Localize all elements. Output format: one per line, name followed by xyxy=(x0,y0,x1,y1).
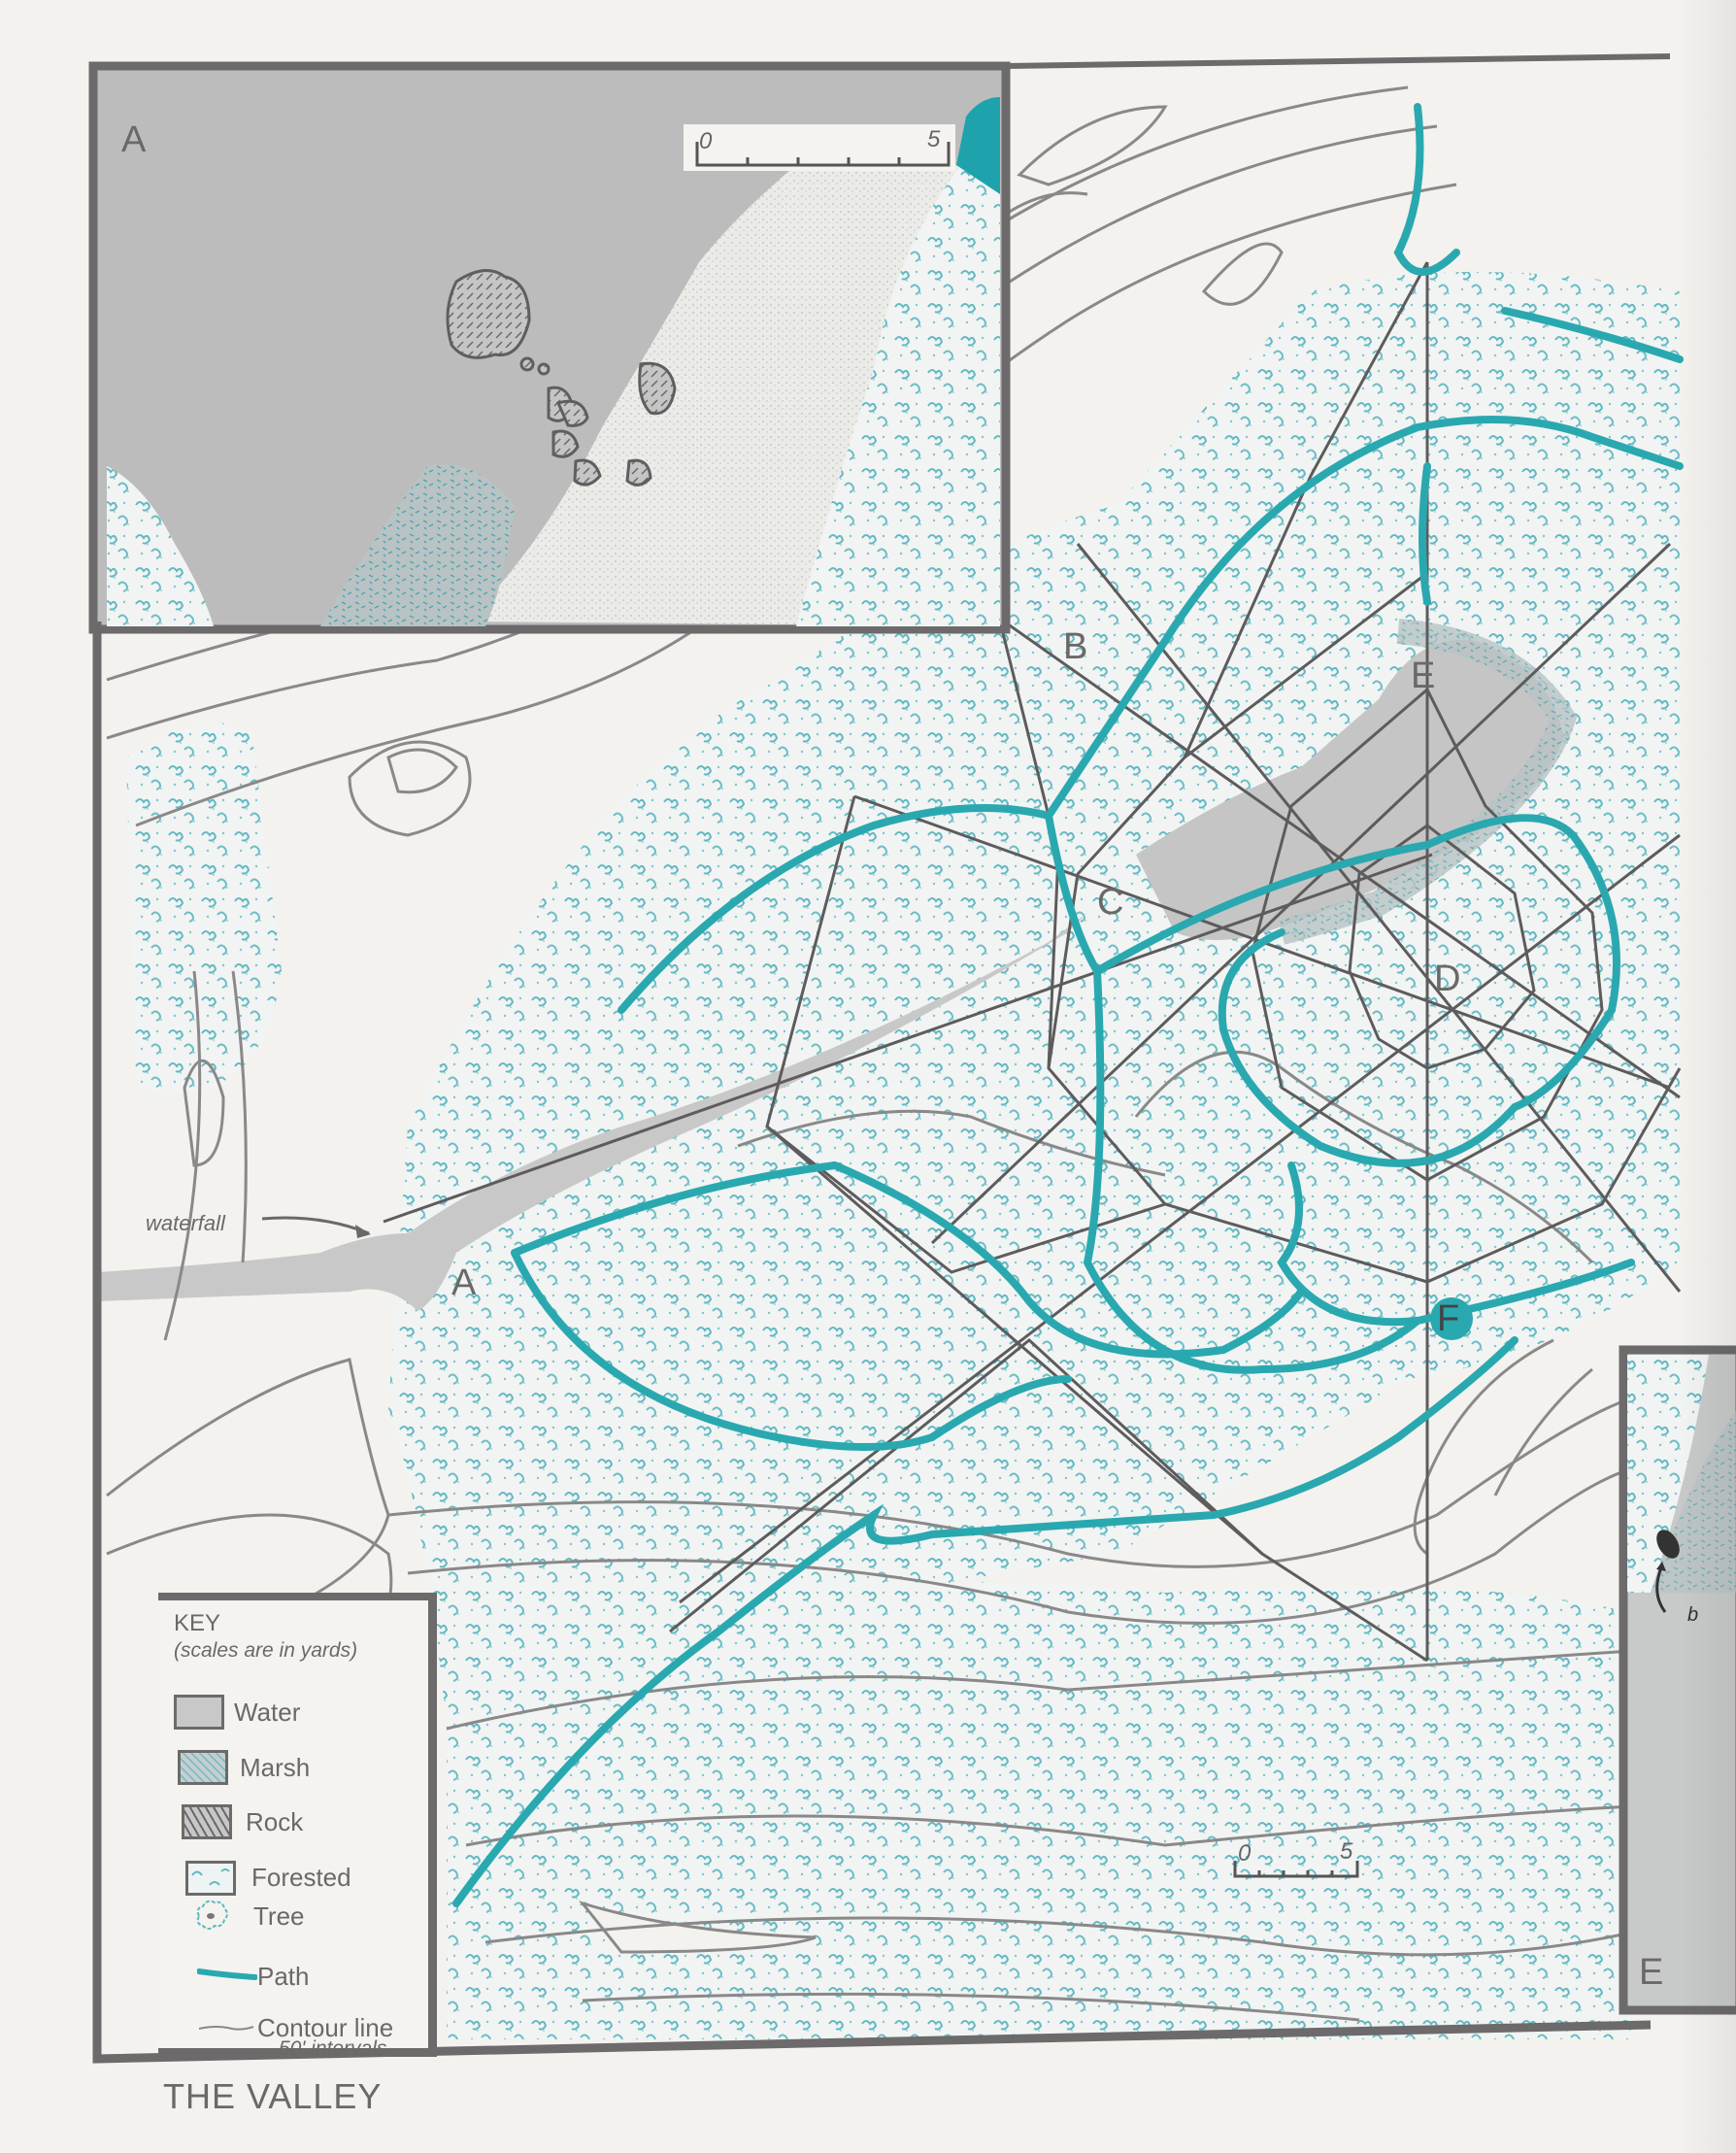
waterfall-label: waterfall xyxy=(146,1211,225,1236)
key-item-path: Path xyxy=(257,1962,310,1992)
key-item-water: Water xyxy=(234,1698,300,1728)
contour-interval-note: 50' intervals xyxy=(279,2037,386,2061)
water-swatch-icon xyxy=(174,1695,224,1730)
main-scale-end: 5 xyxy=(1340,1838,1352,1866)
location-label-f: F xyxy=(1437,1298,1459,1340)
map-page: A 0 5 B C D E F A waterfall 0 5 E b KEY … xyxy=(0,0,1736,2153)
key-item-forested: Forested xyxy=(251,1863,351,1893)
tree-symbol-icon xyxy=(191,1899,230,1934)
inset-a-scale-end: 5 xyxy=(927,126,940,153)
key-item-tree: Tree xyxy=(253,1901,305,1932)
path-line-icon xyxy=(197,1968,257,1981)
location-label-e: E xyxy=(1411,656,1435,697)
page-edge-shadow xyxy=(1678,0,1736,2153)
inset-a-label: A xyxy=(121,119,146,161)
location-label-c: C xyxy=(1097,882,1123,924)
marsh-swatch-icon xyxy=(178,1750,228,1785)
main-scale-start: 0 xyxy=(1238,1840,1251,1867)
key-title: KEY xyxy=(174,1610,220,1637)
contour-line-icon xyxy=(197,2022,255,2034)
forest-swatch-icon xyxy=(185,1861,236,1896)
location-label-a: A xyxy=(451,1262,476,1304)
location-label-d: D xyxy=(1434,959,1460,1000)
key-item-rock: Rock xyxy=(246,1807,303,1837)
page-title: THE VALLEY xyxy=(163,2076,382,2117)
location-label-b: B xyxy=(1063,626,1087,668)
inset-a-scale-start: 0 xyxy=(699,128,712,155)
map-key: KEY (scales are in yards) Water Marsh Ro… xyxy=(158,1593,437,2057)
rock-swatch-icon xyxy=(182,1804,232,1839)
inset-e-label: E xyxy=(1639,1952,1663,1994)
key-item-marsh: Marsh xyxy=(240,1753,310,1783)
key-subtitle: (scales are in yards) xyxy=(174,1639,357,1663)
